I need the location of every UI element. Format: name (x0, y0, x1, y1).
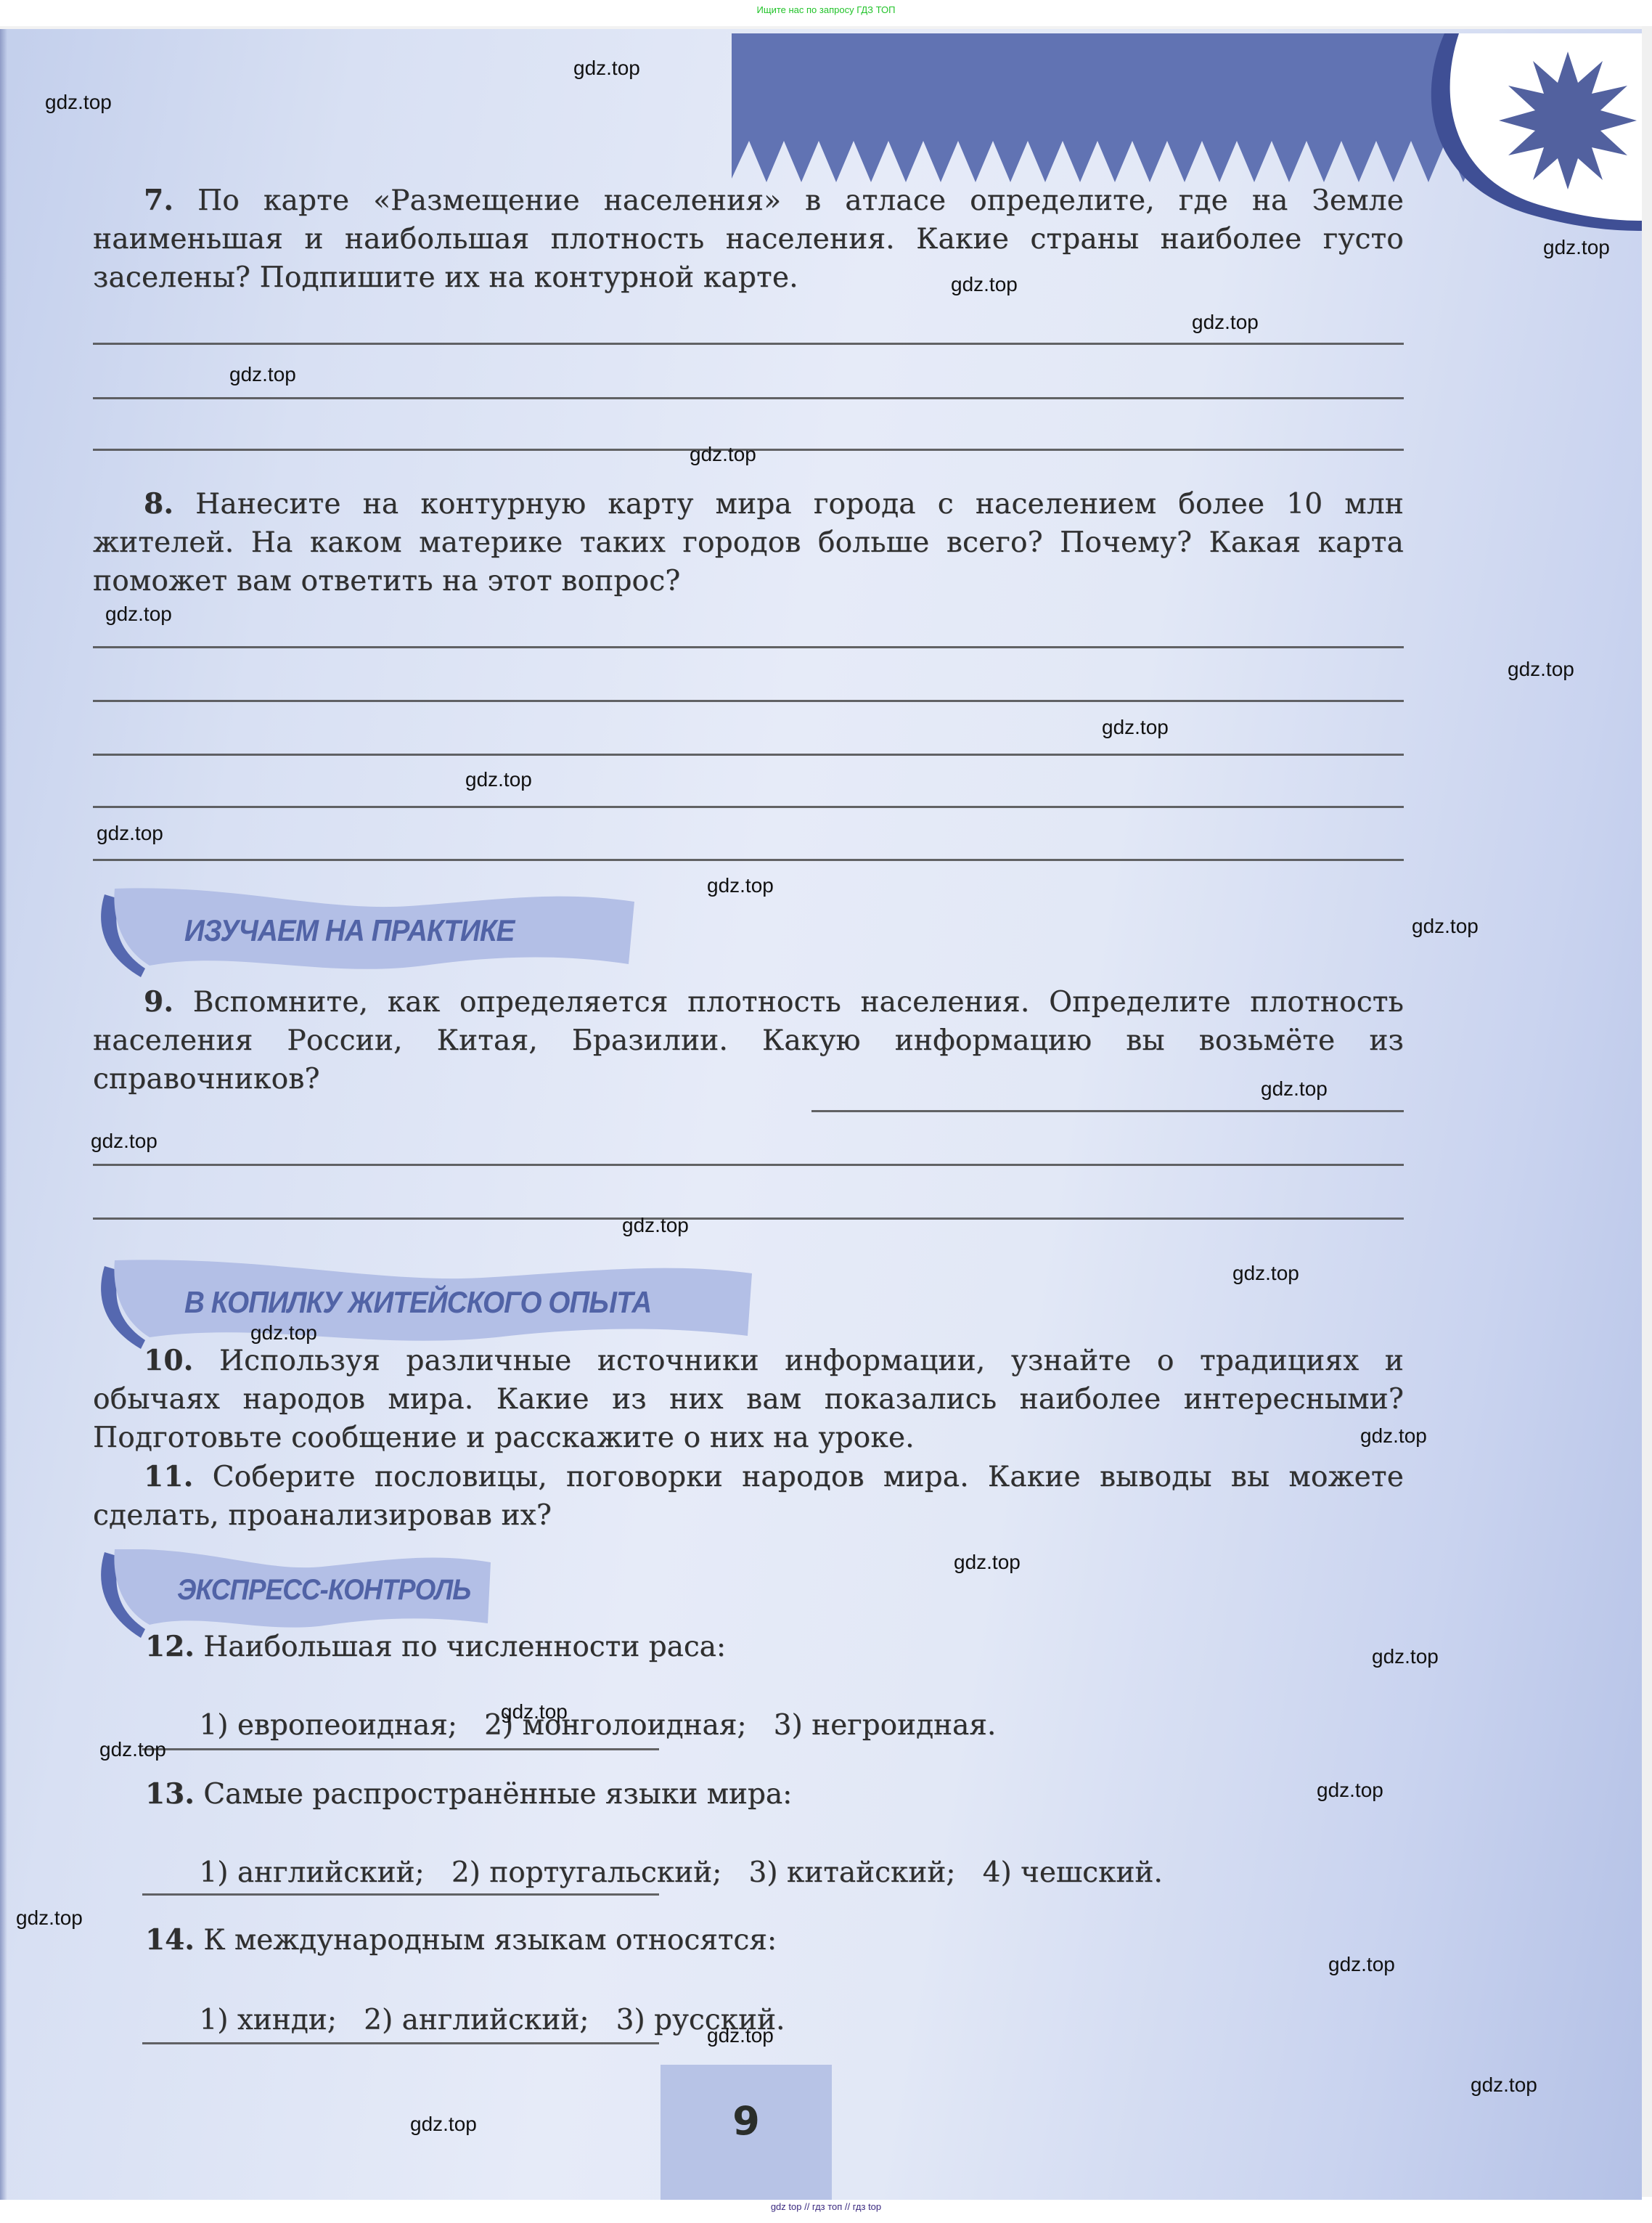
question-number: 13. (145, 1777, 195, 1811)
question-10: 10. Используя различные источники информ… (93, 1342, 1404, 1457)
watermark: gdz.top (99, 1738, 166, 1761)
answer-line[interactable] (811, 1110, 1404, 1112)
watermark: gdz.top (410, 2113, 477, 2136)
question-number: 14. (145, 1923, 195, 1957)
page-edge (1642, 26, 1652, 2197)
answer-line[interactable] (93, 806, 1404, 808)
section-title: ИЗУЧАЕМ НА ПРАКТИКЕ (184, 913, 515, 948)
section-title: В КОПИЛКУ ЖИТЕЙСКОГО ОПЫТА (184, 1285, 651, 1320)
question-text: Используя различные источники информации… (93, 1345, 1404, 1454)
option[interactable]: 2) английский; (364, 2004, 589, 2036)
question-12: 12. Наибольшая по численности раса: (145, 1628, 726, 1666)
watermark: gdz.top (1360, 1424, 1427, 1448)
top-banner-text: Ищите нас по запросу ГДЗ ТОП (757, 4, 896, 15)
options-14: 1) хинди; 2) английский; 3) русский. (145, 1962, 785, 2078)
question-number: 9. (144, 985, 173, 1019)
question-number: 12. (145, 1630, 195, 1663)
watermark: gdz.top (45, 91, 112, 114)
question-13: 13. Самые распространённые языки мира: (145, 1775, 792, 1814)
watermark: gdz.top (1317, 1779, 1383, 1802)
watermark: gdz.top (1328, 1953, 1395, 1976)
watermark: gdz.top (1372, 1645, 1439, 1668)
question-text: Нанесите на контурную карту мира города … (93, 488, 1404, 597)
question-number: 7. (144, 184, 173, 217)
top-banner: Ищите нас по запросу ГДЗ ТОП (0, 0, 1652, 22)
option[interactable]: 1) хинди; (199, 2004, 337, 2036)
answer-line[interactable] (142, 1748, 659, 1750)
watermark: gdz.top (105, 603, 172, 626)
watermark: gdz.top (1471, 2073, 1537, 2097)
question-11: 11. Соберите пословицы, поговорки народо… (93, 1458, 1404, 1535)
watermark: gdz.top (16, 1906, 83, 1930)
question-text: Самые распространённые языки мира: (203, 1778, 792, 1811)
watermark: gdz.top (690, 443, 756, 466)
question-number: 8. (144, 487, 173, 521)
question-number: 10. (144, 1344, 193, 1377)
option[interactable]: 2) португальский; (451, 1856, 721, 1889)
question-14: 14. К международным языкам относятся: (145, 1921, 777, 1959)
bottom-banner: gdz top // гдз топ // гдз top (0, 2201, 1652, 2212)
watermark: gdz.top (1192, 311, 1259, 334)
watermark: gdz.top (1543, 236, 1610, 259)
watermark: gdz.top (1232, 1262, 1299, 1285)
page-number: 9 (661, 2098, 832, 2144)
answer-line[interactable] (142, 1893, 659, 1896)
answer-line[interactable] (93, 754, 1404, 756)
question-8: 8. Нанесите на контурную карту мира горо… (93, 485, 1404, 600)
question-number: 11. (144, 1460, 193, 1493)
answer-line[interactable] (93, 397, 1404, 399)
option[interactable]: 4) чешский. (983, 1856, 1163, 1889)
answer-line[interactable] (93, 1164, 1404, 1166)
watermark: gdz.top (1508, 658, 1574, 681)
answer-line[interactable] (93, 1217, 1404, 1220)
answer-line[interactable] (93, 700, 1404, 702)
watermark: gdz.top (1261, 1077, 1328, 1101)
section-ribbon-experience: В КОПИЛКУ ЖИТЕЙСКОГО ОПЫТА (90, 1256, 758, 1350)
watermark: gdz.top (622, 1214, 689, 1237)
section-ribbon-practice: ИЗУЧАЕМ НА ПРАКТИКЕ (90, 884, 642, 979)
answer-line[interactable] (93, 646, 1404, 648)
page-number-box: 9 (661, 2065, 832, 2200)
question-text: Соберите пословицы, поговорки народов ми… (93, 1461, 1404, 1532)
option[interactable]: 1) европеоидная; (199, 1709, 457, 1742)
question-text: Вспомните, как определяется плотность на… (93, 986, 1404, 1096)
option[interactable]: 3) китайский; (748, 1856, 955, 1889)
question-text: По карте «Размещение населения» в атласе… (93, 184, 1404, 294)
options-12: 1) европеоидная; 2) монголоидная; 3) нег… (145, 1668, 996, 1783)
watermark: gdz.top (229, 363, 296, 386)
bottom-banner-text: gdz top // гдз топ // гдз top (771, 2201, 881, 2212)
watermark: gdz.top (951, 273, 1018, 296)
watermark: gdz.top (97, 822, 163, 845)
question-text: К международным языкам относятся: (203, 1924, 777, 1957)
watermark: gdz.top (707, 874, 774, 897)
watermark: gdz.top (501, 1700, 568, 1724)
watermark: gdz.top (954, 1551, 1021, 1574)
answer-line[interactable] (93, 859, 1404, 861)
watermark: gdz.top (1412, 915, 1479, 938)
option[interactable]: 1) английский; (199, 1856, 424, 1889)
watermark: gdz.top (707, 2024, 774, 2047)
workbook-page: 7. По карте «Размещение населения» в атл… (0, 26, 1642, 2200)
answer-line[interactable] (142, 2042, 659, 2044)
option[interactable]: 3) негроидная. (774, 1709, 997, 1742)
watermark: gdz.top (91, 1130, 158, 1153)
watermark: gdz.top (465, 768, 532, 791)
answer-line[interactable] (93, 343, 1404, 345)
question-9: 9. Вспомните, как определяется плотность… (93, 983, 1404, 1098)
section-title: ЭКСПРЕСС-КОНТРОЛЬ (177, 1574, 470, 1607)
question-text: Наибольшая по численности раса: (203, 1631, 726, 1663)
watermark: gdz.top (250, 1321, 317, 1345)
watermark: gdz.top (1102, 716, 1169, 739)
question-7: 7. По карте «Размещение населения» в атл… (93, 181, 1404, 297)
options-13: 1) английский; 2) португальский; 3) кита… (145, 1815, 1163, 1930)
watermark: gdz.top (573, 57, 640, 80)
